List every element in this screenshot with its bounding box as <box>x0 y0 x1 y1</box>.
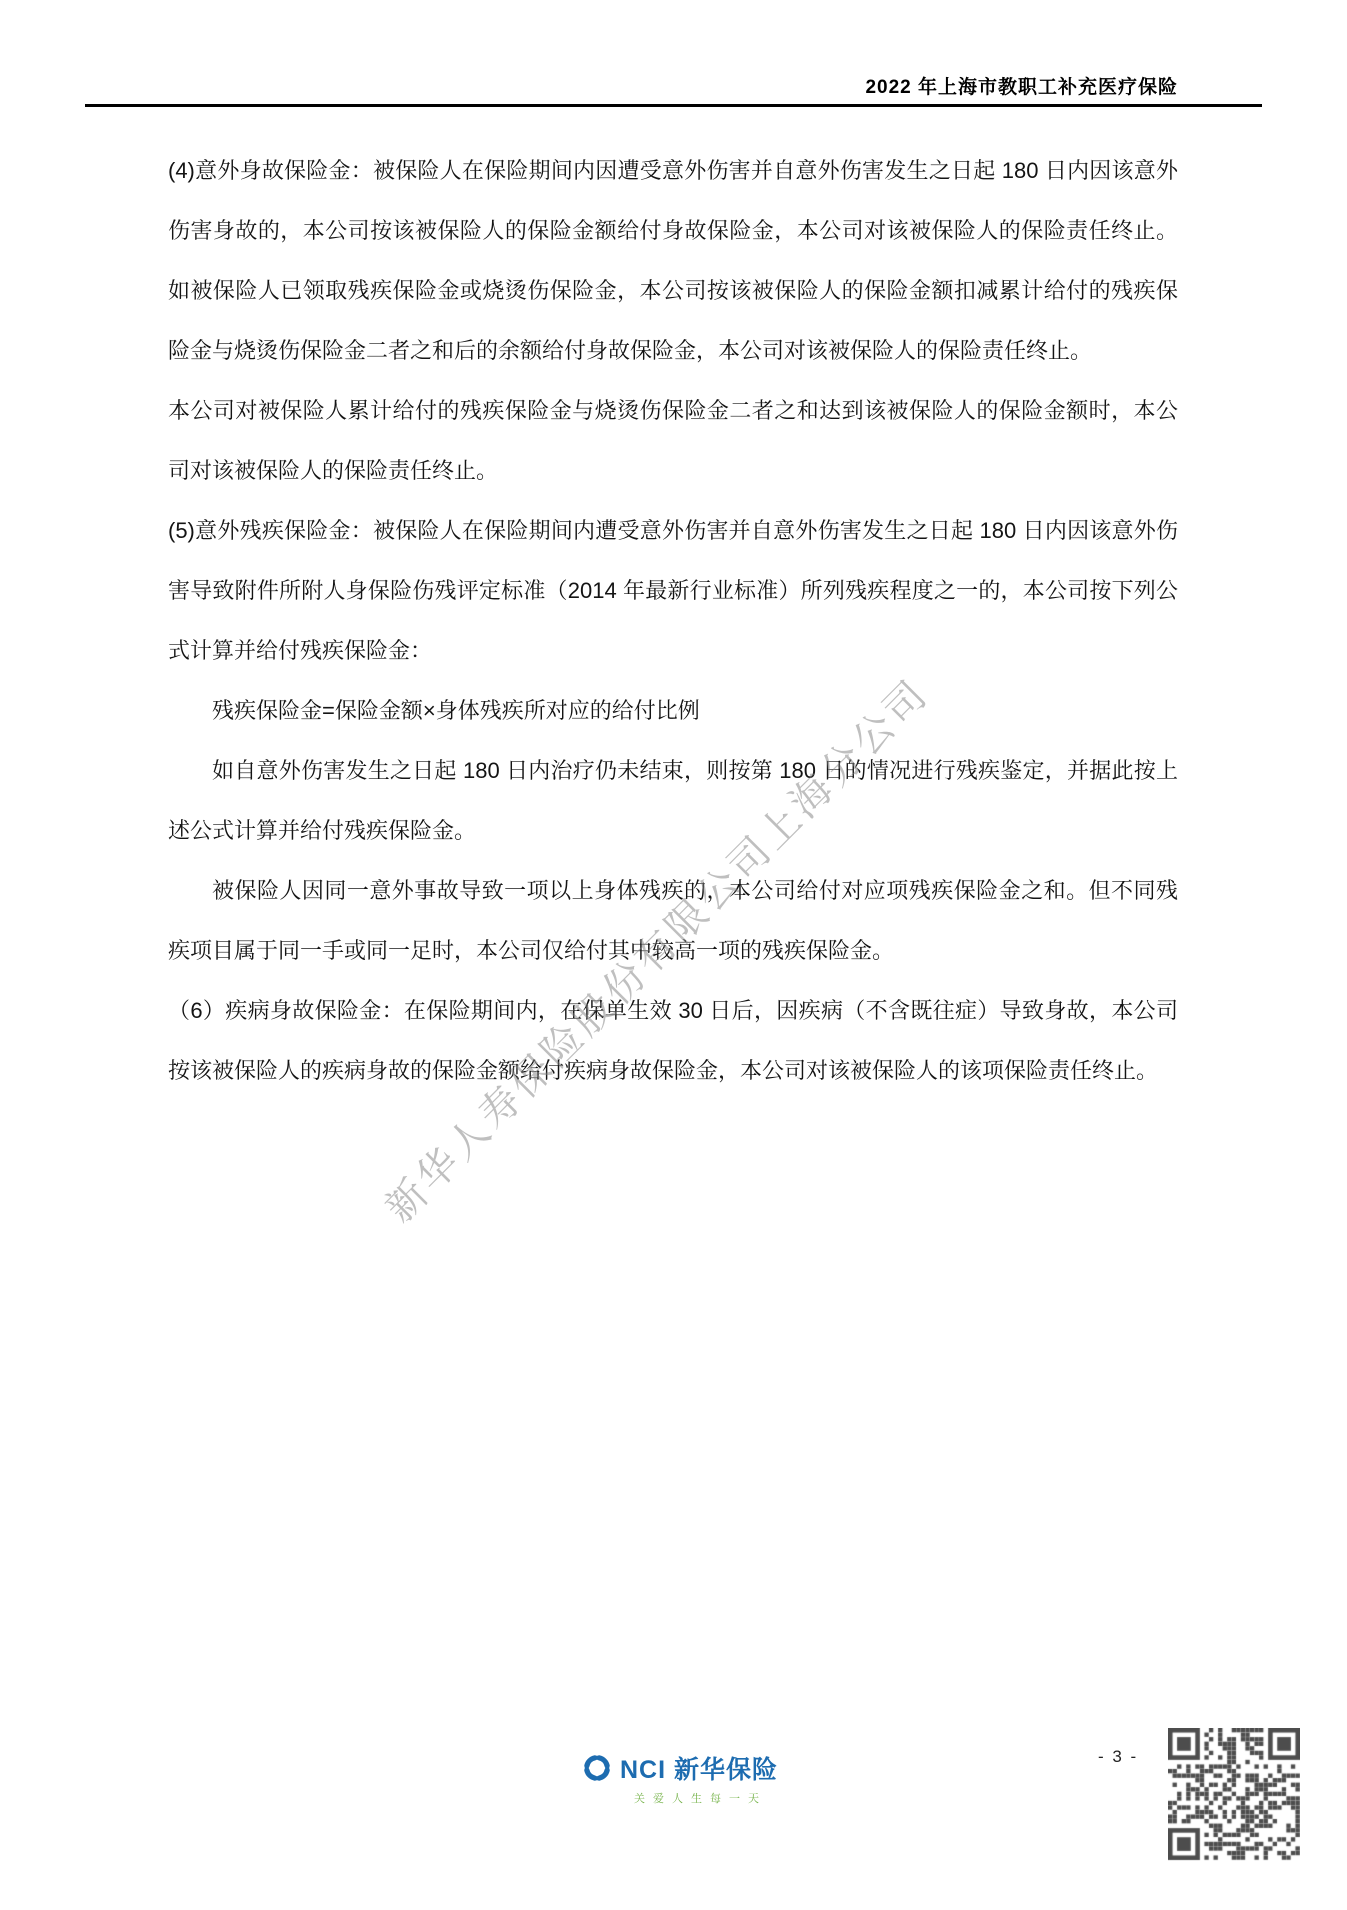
page-number: - 3 - <box>1098 1747 1138 1767</box>
paragraph-assessment-rule: 如自意外伤害发生之日起 180 日内治疗仍未结束，则按第 180 日的情况进行残… <box>168 741 1178 861</box>
paragraph-clause-4: (4)意外身故保险金：被保险人在保险期间内因遭受意外伤害并自意外伤害发生之日起 … <box>168 141 1178 381</box>
nci-compass-icon <box>582 1753 612 1783</box>
paragraph-formula: 残疾保险金=保险金额×身体残疾所对应的给付比例 <box>168 681 1178 741</box>
paragraph-clause-6: （6）疾病身故保险金：在保险期间内，在保单生效 30 日后，因疾病（不含既往症）… <box>168 981 1178 1101</box>
paragraph-clause-5: (5)意外残疾保险金：被保险人在保险期间内遭受意外伤害并自意外伤害发生之日起 1… <box>168 501 1178 681</box>
document-page: 2022 年上海市教职工补充医疗保险 (4)意外身故保险金：被保险人在保险期间内… <box>0 0 1347 1910</box>
paragraph-multiple-disability-rule: 被保险人因同一意外事故导致一项以上身体残疾的，本公司给付对应项残疾保险金之和。但… <box>168 861 1178 981</box>
qr-code <box>1168 1728 1300 1862</box>
nci-logo: NCI 新华保险 关爱人生每一天 <box>582 1750 778 1806</box>
nci-tagline: 关爱人生每一天 <box>634 1790 778 1806</box>
document-body: (4)意外身故保险金：被保险人在保险期间内因遭受意外伤害并自意外伤害发生之日起 … <box>168 141 1178 1101</box>
header-title: 2022 年上海市教职工补充医疗保险 <box>865 72 1178 99</box>
nci-logo-text: NCI 新华保险 <box>620 1750 778 1786</box>
header-divider <box>85 104 1262 107</box>
paragraph-clause-4-continued: 本公司对被保险人累计给付的残疾保险金与烧烫伤保险金二者之和达到该被保险人的保险金… <box>168 381 1178 501</box>
